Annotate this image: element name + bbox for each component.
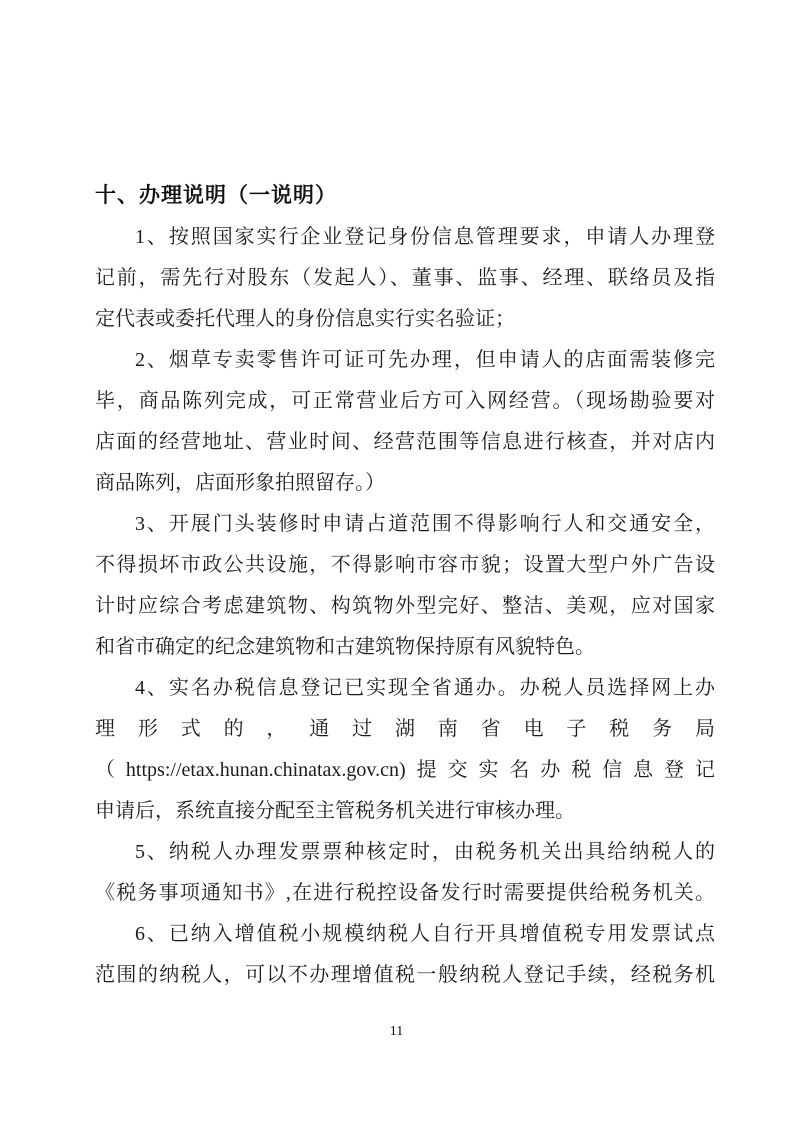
text-line: 计时应综合考虑建筑物、构筑物外型完好、整洁、美观，应对国家 <box>95 586 715 627</box>
paragraph: 6、已纳入增值税小规模纳税人自行开具增值税专用发票试点 范围的纳税人，可以不办理… <box>95 914 715 996</box>
text-line: 范围的纳税人，可以不办理增值税一般纳税人登记手续，经税务机 <box>95 955 715 996</box>
text-line: 和省市确定的纪念建筑物和古建筑物保持原有风貌特色。 <box>95 627 715 668</box>
paragraph: 3、开展门头装修时申请占道范围不得影响行人和交通安全， 不得损坏市政公共设施，不… <box>95 504 715 668</box>
text-line: 4、实名办税信息登记已实现全省通办。办税人员选择网上办 <box>95 668 715 709</box>
paragraph: 4、实名办税信息登记已实现全省通办。办税人员选择网上办 理形式的，通过湖南省电子… <box>95 668 715 832</box>
text-line: 5、纳税人办理发票票种核定时，由税务机关出具给纳税人的 <box>95 832 715 873</box>
section-heading: 十、办理说明（一说明） <box>95 179 715 209</box>
text-line: 2、烟草专卖零售许可证可先办理，但申请人的店面需装修完 <box>95 340 715 381</box>
text-line: 店面的经营地址、营业时间、经营范围等信息进行核查，并对店内 <box>95 422 715 463</box>
text-line: 申请后，系统直接分配至主管税务机关进行审核办理。 <box>95 791 715 832</box>
text-line: 记前，需先行对股东（发起人）、董事、监事、经理、联络员及指 <box>95 258 715 299</box>
text-line: 毕，商品陈列完成，可正常营业后方可入网经营。（现场勘验要对 <box>95 381 715 422</box>
text-line: 3、开展门头装修时申请占道范围不得影响行人和交通安全， <box>95 504 715 545</box>
text-line: 《税务事项通知书》,在进行税控设备发行时需要提供给税务机关。 <box>95 873 715 914</box>
text-line: 商品陈列，店面形象拍照留存。） <box>95 463 715 504</box>
paragraph: 1、按照国家实行企业登记身份信息管理要求，申请人办理登 记前，需先行对股东（发起… <box>95 217 715 340</box>
page-number: 11 <box>0 1024 793 1040</box>
document-body: 1、按照国家实行企业登记身份信息管理要求，申请人办理登 记前，需先行对股东（发起… <box>95 217 715 996</box>
text-line: 理形式的，通过湖南省电子税务局 <box>95 709 715 750</box>
text-line: 6、已纳入增值税小规模纳税人自行开具增值税专用发票试点 <box>95 914 715 955</box>
document-page: 十、办理说明（一说明） 1、按照国家实行企业登记身份信息管理要求，申请人办理登 … <box>0 0 793 1122</box>
paragraph: 2、烟草专卖零售许可证可先办理，但申请人的店面需装修完 毕，商品陈列完成，可正常… <box>95 340 715 504</box>
text-line: 1、按照国家实行企业登记身份信息管理要求，申请人办理登 <box>95 217 715 258</box>
text-line: 定代表或委托代理人的身份信息实行实名验证； <box>95 299 715 340</box>
text-line: 不得损坏市政公共设施，不得影响市容市貌；设置大型户外广告设 <box>95 545 715 586</box>
text-line: （https://etax.hunan.chinatax.gov.cn)提交实名… <box>95 750 715 791</box>
paragraph: 5、纳税人办理发票票种核定时，由税务机关出具给纳税人的 《税务事项通知书》,在进… <box>95 832 715 914</box>
